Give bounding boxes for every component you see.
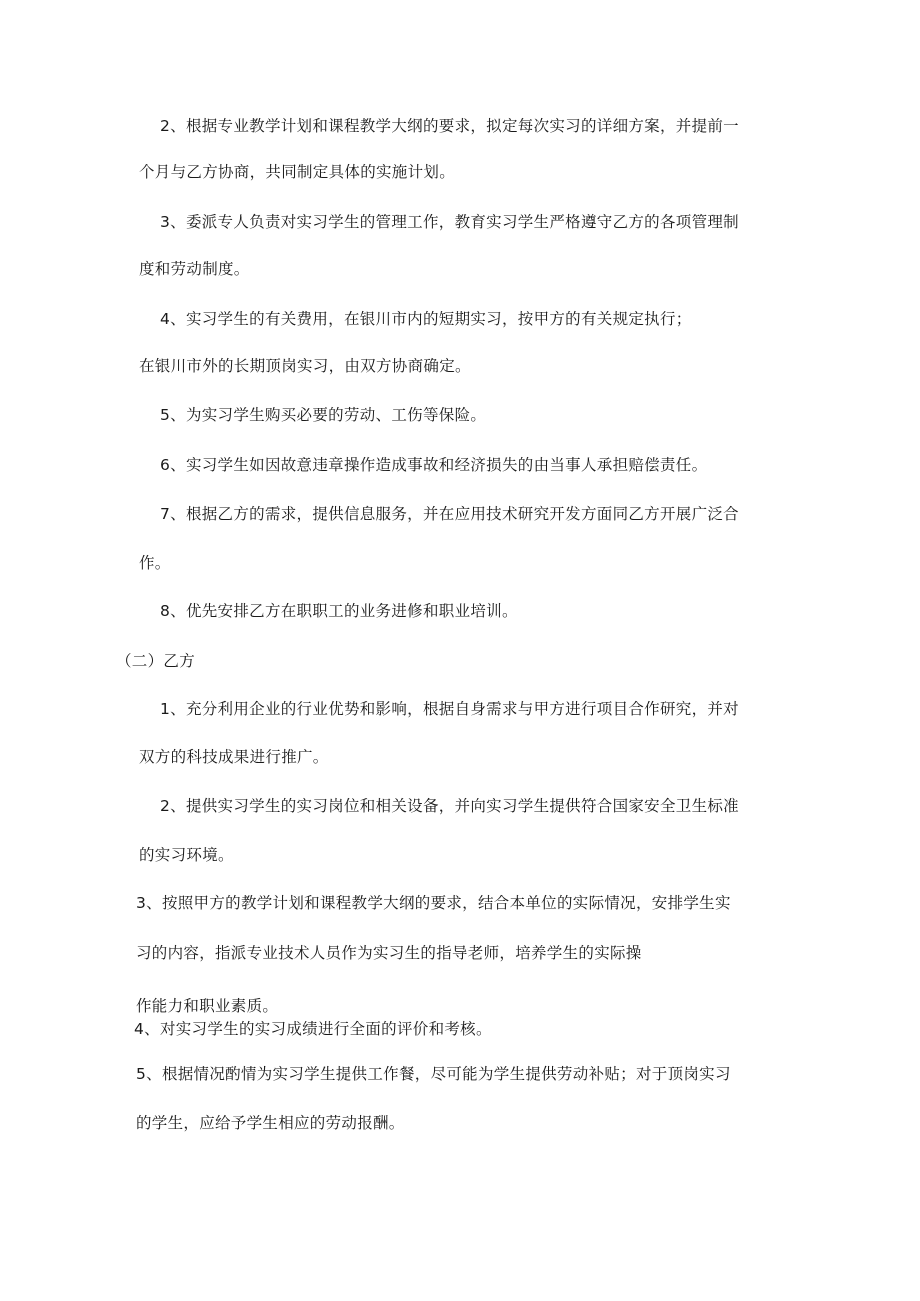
paragraph-b5-line1: 5、根据情况酌情为实习学生提供工作餐，尽可能为学生提供劳动补贴；对于顶岗实习 [136,1064,731,1084]
paragraph-a3-line1: 3、委派专人负责对实习学生的管理工作，教育实习学生严格遵守乙方的各项管理制 [160,212,739,232]
section-b-heading: （二）乙方 [116,651,195,671]
paragraph-a6-line1: 6、实习学生如因故意违章操作造成事故和经济损失的由当事人承担赔偿责任。 [160,455,707,475]
paragraph-b3-line3: 作能力和职业素质。 [136,996,278,1016]
paragraph-b2-line1: 2、提供实习学生的实习岗位和相关设备，并向实习学生提供符合国家安全卫生标准 [160,796,739,816]
paragraph-b5-line2: 的学生，应给予学生相应的劳动报酬。 [136,1113,405,1133]
paragraph-a4-line1: 4、实习学生的有关费用，在银川市内的短期实习，按甲方的有关规定执行； [160,309,692,329]
paragraph-a7-line2: 作。 [139,553,171,573]
paragraph-a5-line1: 5、为实习学生购买必要的劳动、工伤等保险。 [160,405,486,425]
paragraph-b3-line2: 习的内容，指派专业技术人员作为实习生的指导老师，培养学生的实际操 [136,943,642,963]
paragraph-b1-line1: 1、充分利用企业的行业优势和影响，根据自身需求与甲方进行项目合作研究，并对 [160,699,739,719]
paragraph-a3-line2: 度和劳动制度。 [139,259,250,279]
paragraph-b4-line1: 4、对实习学生的实习成绩进行全面的评价和考核。 [134,1019,492,1039]
paragraph-b1-line2: 双方的科技成果进行推广。 [139,747,329,767]
paragraph-a8-line1: 8、优先安排乙方在职职工的业务进修和职业培训。 [160,601,518,621]
paragraph-b3-line1: 3、按照甲方的教学计划和课程教学大纲的要求，结合本单位的实际情况，安排学生实 [136,893,731,913]
paragraph-a2-line1: 2、根据专业教学计划和课程教学大纲的要求，拟定每次实习的详细方案，并提前一 [160,116,739,136]
paragraph-a2-line2: 个月与乙方协商，共同制定具体的实施计划。 [139,162,455,182]
paragraph-a4-line2: 在银川市外的长期顶岗实习，由双方协商确定。 [139,356,471,376]
paragraph-a7-line1: 7、根据乙方的需求，提供信息服务，并在应用技术研究开发方面同乙方开展广泛合 [160,504,739,524]
paragraph-b2-line2: 的实习环境。 [139,845,234,865]
